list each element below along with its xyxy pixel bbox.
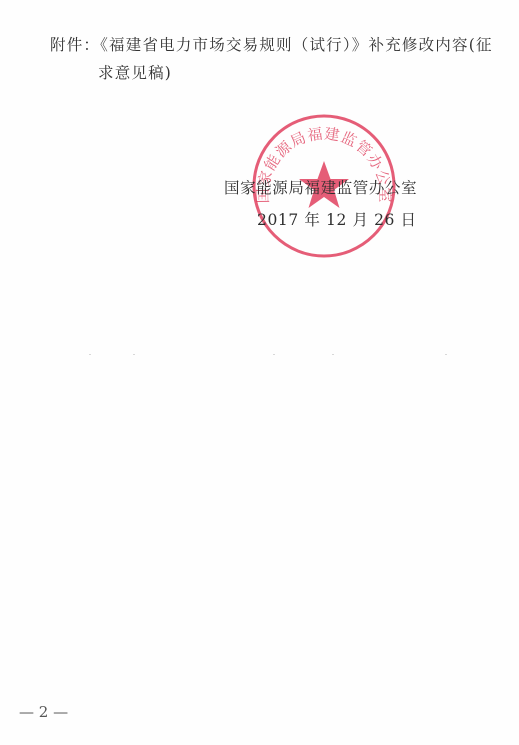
document-page: 附件：《福建省电力市场交易规则（试行）》补充修改内容(征 求意见稿) 国家能源局… — [0, 0, 519, 745]
issuer-name: 国家能源局福建监管办公室 — [224, 176, 417, 198]
attachment-title-line-1: 附件：《福建省电力市场交易规则（试行）》补充修改内容(征 — [50, 33, 493, 55]
issue-date: 2017 年 12 月 26 日 — [257, 208, 417, 230]
page-number: — 2 — — [19, 703, 68, 721]
scan-speck — [445, 354, 447, 355]
scan-speck — [332, 354, 334, 355]
scan-speck — [89, 354, 91, 355]
scan-speck — [273, 354, 275, 355]
scan-speck — [133, 354, 135, 355]
attachment-title-line-2: 求意见稿) — [98, 61, 172, 83]
